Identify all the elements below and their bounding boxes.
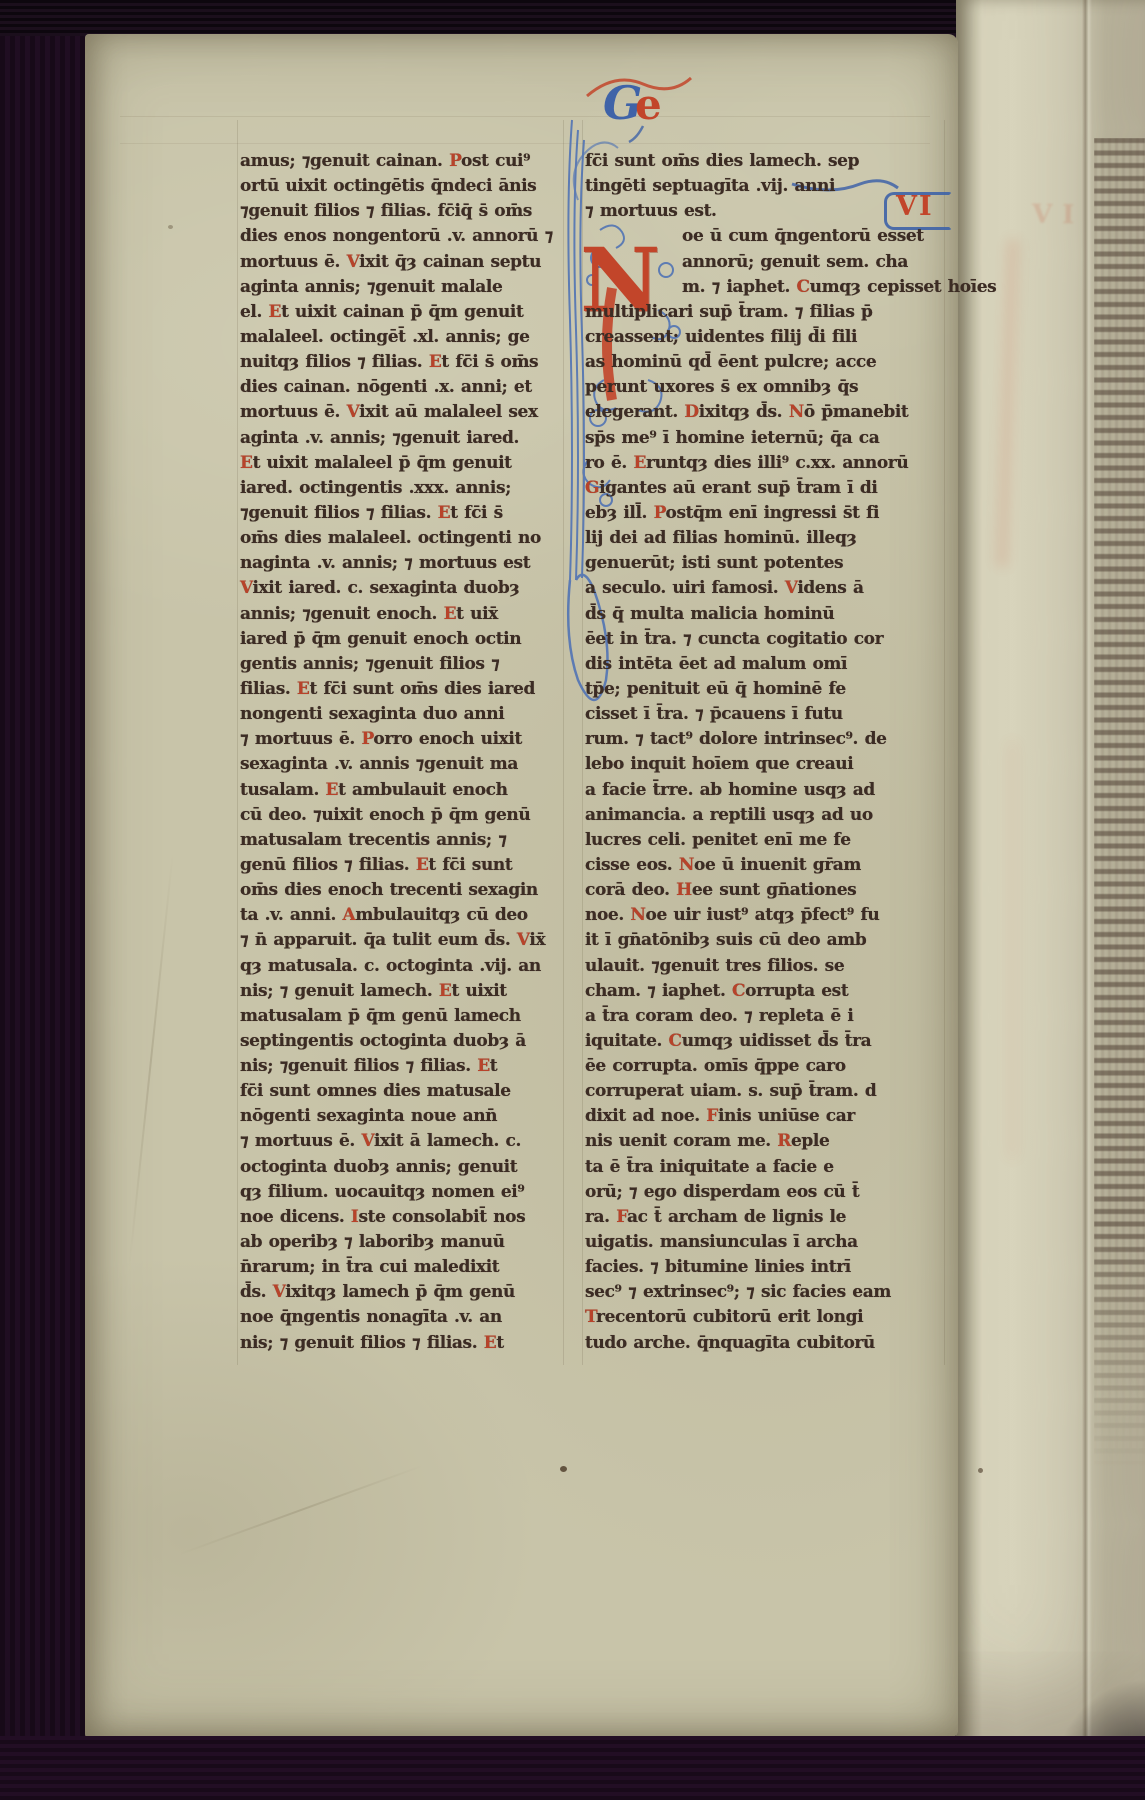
text-line: matusalam p̄ q̄m genū lamech: [240, 1004, 564, 1029]
text-line: nis; ⁊ genuit filios ⁊ filias. Et: [240, 1331, 564, 1356]
text-line: ta ē t̄ra iniquitate a facie e: [585, 1155, 945, 1180]
text-line: tusalam. Et ambulauit enoch: [240, 778, 564, 803]
text-line: genū filios ⁊ filias. Et fc̄i sunt: [240, 853, 564, 878]
text-line: ro ē. Eruntqȝ dies illi⁹ c.xx. annorū: [585, 451, 945, 476]
text-line: lucres celi. penitet enī me fe: [585, 828, 945, 853]
text-line: octoginta duobȝ annis; genuit: [240, 1155, 564, 1180]
text-line: dies enos nongentorū .v. annorū ⁊: [240, 224, 564, 249]
text-line: ortū uixit octingētis q̄ndeci ānis: [240, 174, 564, 199]
text-line: iared p̄ q̄m genuit enoch octin: [240, 627, 564, 652]
text-line: noe. Noe uir iust⁹ atqȝ p̄fect⁹ fu: [585, 903, 945, 928]
ruling-line: [237, 120, 238, 1365]
text-line: fc̄i sunt om̄s dies lamech. sep: [585, 149, 945, 174]
ruling-line: [120, 116, 930, 117]
text-column-right: fc̄i sunt om̄s dies lamech. septingēti s…: [585, 149, 945, 1356]
text-line: nis; ⁊genuit filios ⁊ filias. Et: [240, 1054, 564, 1079]
text-line: Vixit iared. c. sexaginta duobȝ: [240, 576, 564, 601]
text-line: ēet in t̄ra. ⁊ cuncta cogitatio cor: [585, 627, 945, 652]
ink-speck: [560, 1466, 567, 1472]
text-line: tp̄e; penituit eū q̄ hominē fe: [585, 677, 945, 702]
text-line: mortuus ē. Vixit aū malaleel sex: [240, 400, 564, 425]
text-line: facies. ⁊ bitumine linies intrī: [585, 1255, 945, 1280]
offset-ghost-numeral: VI: [1032, 200, 1085, 231]
text-line: Trecentorū cubitorū erit longi: [585, 1305, 945, 1330]
text-line: sp̄s me⁹ ī homine ieternū; q̄a ca: [585, 426, 945, 451]
text-line: ta .v. anni. Ambulauitqȝ cū deo: [240, 903, 564, 928]
text-line: fc̄i sunt omnes dies matusale: [240, 1079, 564, 1104]
text-line: ebȝ ill̄. Postq̄m enī ingressi s̄t fi: [585, 501, 945, 526]
ink-speck: [978, 1468, 983, 1473]
text-line: perunt uxores s̄ ex omnibȝ q̄s: [585, 375, 945, 400]
text-line: cisset ī t̄ra. ⁊ p̄cauens ī futu: [585, 702, 945, 727]
text-line: nis; ⁊ genuit lamech. Et uixit: [240, 979, 564, 1004]
text-line: om̄s dies enoch trecenti sexagin: [240, 878, 564, 903]
text-line: septingentis octoginta duobȝ ā: [240, 1029, 564, 1054]
text-line: lebo inquit hoīem que creaui: [585, 752, 945, 777]
text-line: Et uixit malaleel p̄ q̄m genuit: [240, 451, 564, 476]
header-letter-e: e: [635, 80, 662, 129]
text-line: elegerant. Dixitqȝ d̄s. Nō p̄manebit: [585, 400, 945, 425]
text-line: as hominū qd̄ ēent pulcre; acce: [585, 350, 945, 375]
adjacent-leaf-text: [1094, 138, 1145, 1468]
text-line: cisse eos. Noe ū inuenit gr̄am: [585, 853, 945, 878]
text-line: a t̄ra coram deo. ⁊ repleta ē i: [585, 1004, 945, 1029]
text-line: el. Et uixit cainan p̄ q̄m genuit: [240, 300, 564, 325]
text-line: nis uenit coram me. Reple: [585, 1129, 945, 1154]
text-line: cham. ⁊ iaphet. Corrupta est: [585, 979, 945, 1004]
text-line: ēe corrupta. omīs q̄ppe caro: [585, 1054, 945, 1079]
text-line: noe q̄ngentis nonagīta .v. an: [240, 1305, 564, 1330]
text-line: dis intēta ēet ad malum omī: [585, 652, 945, 677]
ink-speck: [330, 1092, 334, 1096]
text-line: tudo arche. q̄nquagīta cubitorū: [585, 1331, 945, 1356]
text-line: aginta .v. annis; ⁊genuit iared.: [240, 426, 564, 451]
text-line: annis; ⁊genuit enoch. Et uix̄: [240, 602, 564, 627]
text-line: sec⁹ ⁊ extrinsec⁹; ⁊ sic facies eam: [585, 1280, 945, 1305]
text-line: corā deo. Hee sunt gn̄ationes: [585, 878, 945, 903]
text-line: ⁊genuit filios ⁊ filias. fc̄iq̄ s̄ om̄s: [240, 199, 564, 224]
text-line: a seculo. uiri famosi. Videns ā: [585, 576, 945, 601]
text-line: orū; ⁊ ego disperdam eos cū t̄: [585, 1180, 945, 1205]
red-pigment-smudge: [1008, 740, 1017, 1160]
text-line: ⁊ mortuus est.: [585, 199, 945, 224]
text-line: d̄s. Vixitqȝ lamech p̄ q̄m genū: [240, 1280, 564, 1305]
text-line: qȝ matusala. c. octoginta .vij. an: [240, 954, 564, 979]
text-line: mortuus ē. Vixit q̄ȝ cainan septu: [240, 250, 564, 275]
manuscript-photo: G e VI VI: [0, 0, 1145, 1800]
text-line: m. ⁊ iaphet. Cumqȝ cepisset hoīes: [682, 275, 945, 300]
text-line: om̄s dies malaleel. octingenti no: [240, 526, 564, 551]
text-line: lij dei ad filias hominū. illeqȝ: [585, 526, 945, 551]
ink-speck: [168, 225, 173, 229]
text-line: d̄s q̄ multa malicia hominū: [585, 602, 945, 627]
adjacent-leaf-crease: [1082, 0, 1092, 1752]
text-line: dixit ad noe. Finis uniūse car: [585, 1104, 945, 1129]
text-line: nuitqȝ filios ⁊ filias. Et fc̄i s̄ om̄s: [240, 350, 564, 375]
text-line: animancia. a reptili usqȝ ad uo: [585, 803, 945, 828]
text-line: genuerūt; isti sunt potentes: [585, 551, 945, 576]
ruling-line: [582, 120, 583, 1365]
text-line: oe ū cum q̄ngentorū esset: [682, 224, 945, 249]
text-line: sexaginta .v. annis ⁊genuit ma: [240, 752, 564, 777]
text-line: gentis annis; ⁊genuit filios ⁊: [240, 652, 564, 677]
text-line: matusalam trecentis annis; ⁊: [240, 828, 564, 853]
text-line: corruperat uiam. s. sup̄ t̄ram. d: [585, 1079, 945, 1104]
text-line: naginta .v. annis; ⁊ mortuus est: [240, 551, 564, 576]
text-line: malaleel. octingēt̄ .xl. annis; ge: [240, 325, 564, 350]
text-line: iared. octingentis .xxx. annis;: [240, 476, 564, 501]
text-line: tingēti septuagīta .vij. anni: [585, 174, 945, 199]
text-line: filias. Et fc̄i sunt om̄s dies iared: [240, 677, 564, 702]
text-line: qȝ filium. uocauitqȝ nomen ei⁹: [240, 1180, 564, 1205]
text-line: ⁊ mortuus ē. Vixit ā lamech. c.: [240, 1129, 564, 1154]
ruling-line: [120, 143, 930, 144]
backdrop-cloth-bottom: [0, 1736, 1145, 1800]
text-line: n̄rarum; in t̄ra cui maledixit: [240, 1255, 564, 1280]
text-line: rum. ⁊ tact⁹ dolore intrinsec⁹. de: [585, 727, 945, 752]
text-column-left: amus; ⁊genuit cainan. Post cui⁹ortū uixi…: [240, 149, 564, 1356]
text-line: ra. Fac t̄ archam de lignis le: [585, 1205, 945, 1230]
backdrop-cloth-left: [0, 0, 86, 1800]
text-line: multiplicari sup̄ t̄ram. ⁊ filias p̄: [585, 300, 945, 325]
text-line: ⁊ n̄ apparuit. q̄a tulit eum d̄s. Vix̄: [240, 928, 564, 953]
running-header: G e: [585, 66, 695, 146]
text-line: nōgenti sexaginta noue ann̄: [240, 1104, 564, 1129]
text-line: nongenti sexaginta duo anni: [240, 702, 564, 727]
text-line: amus; ⁊genuit cainan. Post cui⁹: [240, 149, 564, 174]
text-line: it ī gn̄atōnibȝ suis cū deo amb: [585, 928, 945, 953]
text-line: aginta annis; ⁊genuit malale: [240, 275, 564, 300]
text-line: iquitate. Cumqȝ uidisset d̄s t̄ra: [585, 1029, 945, 1054]
text-line: a facie t̄rre. ab homine usqȝ ad: [585, 778, 945, 803]
text-line: uigatis. mansiunculas ī archa: [585, 1230, 945, 1255]
text-line: creassent; uidentes filij d̄i fili: [585, 325, 945, 350]
text-line: Gigantes aū erant sup̄ t̄ram ī di: [585, 476, 945, 501]
text-line: ⁊ mortuus ē. Porro enoch uixit: [240, 727, 564, 752]
text-line: ab operibȝ ⁊ laboribȝ manuū: [240, 1230, 564, 1255]
text-line: ⁊genuit filios ⁊ filias. Et fc̄i s̄: [240, 501, 564, 526]
text-line: ulauit. ⁊genuit tres filios. se: [585, 954, 945, 979]
text-line: cū deo. ⁊uixit enoch p̄ q̄m genū: [240, 803, 564, 828]
text-line: noe dicens. Iste consolabit̄ nos: [240, 1205, 564, 1230]
text-line: annorū; genuit sem. cha: [682, 250, 945, 275]
text-line: dies cainan. nōgenti .x. anni; et: [240, 375, 564, 400]
